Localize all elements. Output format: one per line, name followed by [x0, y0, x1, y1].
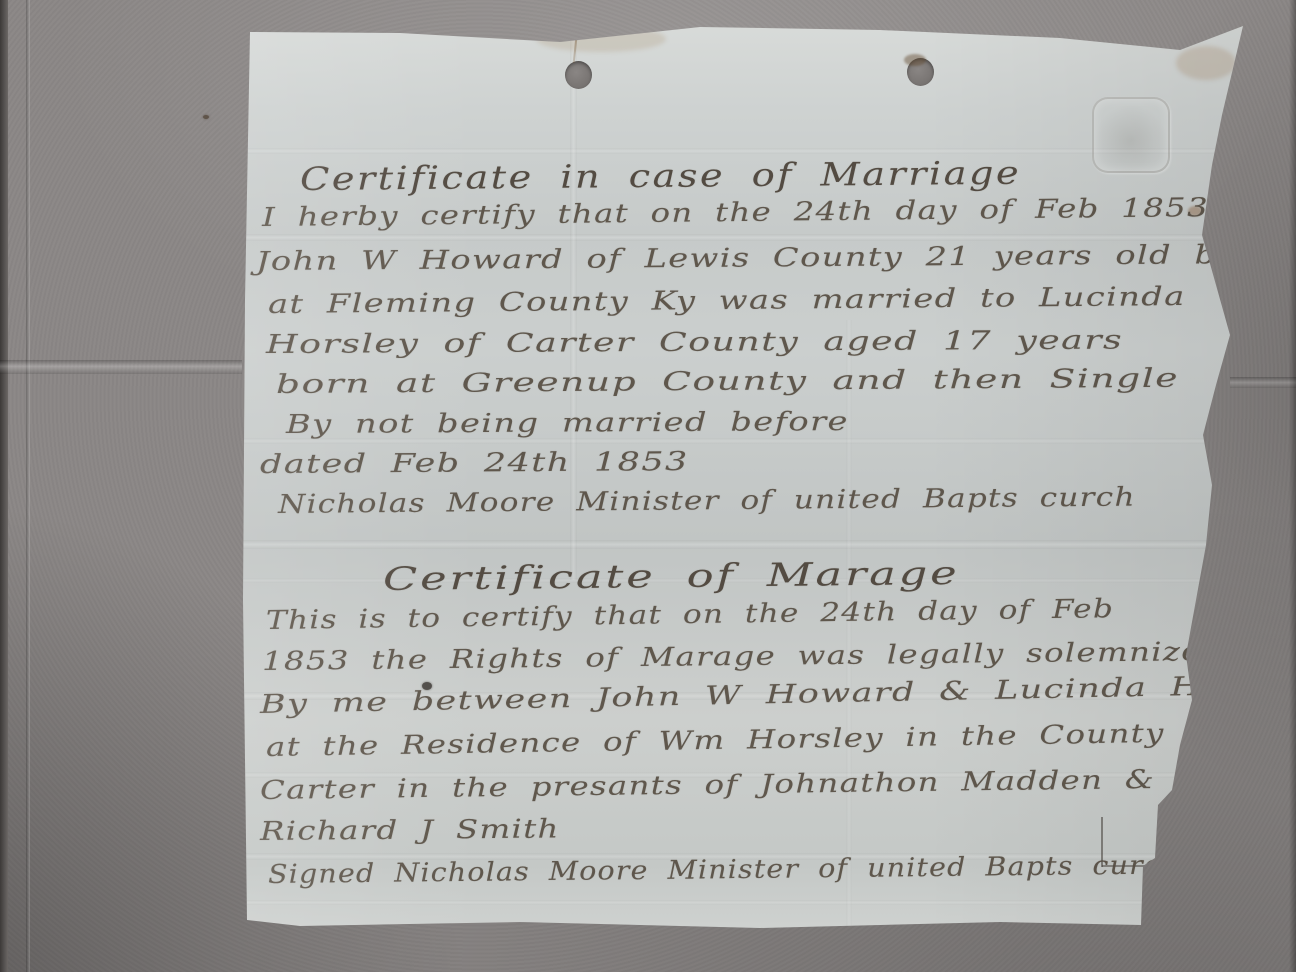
handwritten-line: I herby certify that on the 24th day of …	[262, 193, 1209, 233]
handwritten-line: Nicholas Moore Minister of united Bapts …	[278, 483, 1136, 520]
paper-crease	[236, 234, 1246, 241]
handwritten-line: By not being married before	[286, 407, 849, 440]
document-paper: Certificate in case of Marriage I herby …	[236, 20, 1246, 932]
handwritten-line: 1853 the Rights of Marage was legally so…	[262, 637, 1224, 677]
handwritten-title-1: Certificate in case of Marriage	[300, 154, 1021, 198]
handwritten-line: at the Residence of Wm Horsley in the Co…	[266, 718, 1221, 763]
handwritten-line: born at Greenup County and then Single	[276, 364, 1179, 400]
punch-hole-left	[565, 61, 592, 89]
handwritten-line: By me between John W Howard & Lucinda Ho…	[260, 670, 1296, 720]
handwritten-line: John W Howard of Lewis County 21 years o…	[256, 240, 1280, 277]
desk-right-edge-shadow	[1289, 0, 1296, 972]
punch-hole-right	[907, 58, 934, 86]
desk-horizontal-seam-left	[0, 360, 242, 374]
desk-vertical-seam	[26, 0, 30, 972]
embossed-seal	[1092, 97, 1170, 173]
paper-stain	[1176, 46, 1236, 80]
handwritten-title-2: Certificate of Marage	[383, 554, 960, 598]
handwritten-line: This is to certify that on the 24th day …	[266, 594, 1114, 636]
paper-stain	[536, 26, 666, 52]
desk-left-edge-shadow	[0, 0, 8, 972]
desk-speck	[203, 115, 209, 119]
desk-horizontal-seam-right	[1230, 377, 1296, 388]
handwritten-line: Horsley of Carter County aged 17 years	[266, 326, 1123, 360]
photo-of-document: Certificate in case of Marriage I herby …	[0, 0, 1296, 972]
paper-crease	[236, 900, 1246, 905]
handwritten-line: dated Feb 24th 1853	[260, 447, 689, 480]
paper-crease	[236, 540, 1246, 549]
handwritten-line: at Fleming County Ky was married to Luci…	[268, 282, 1186, 320]
handwritten-line: Richard J Smith	[260, 814, 560, 847]
